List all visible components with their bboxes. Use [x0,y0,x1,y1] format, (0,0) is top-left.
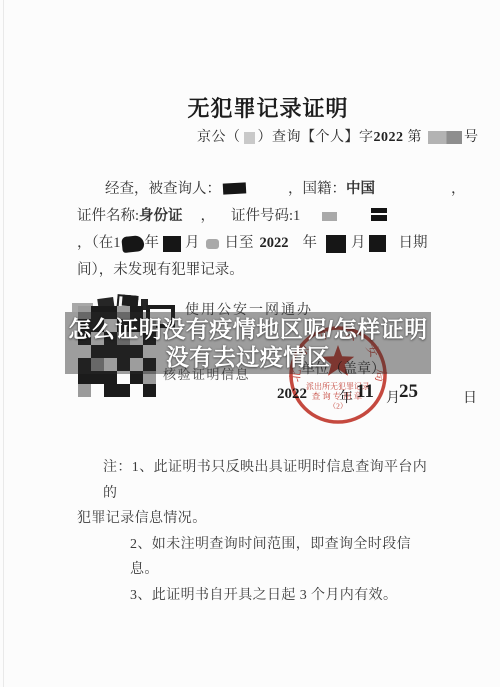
docno-part4: 号 [464,130,479,145]
id-number-label: 证件号码:1 [231,208,300,224]
redaction-mark-id [371,208,387,221]
document-number-line: 京公（）查询【个人】字2022 第号 [197,126,479,146]
body-line-1: 经查，被查询人：，国籍：中国， [77,176,449,203]
redaction-box-month2 [326,235,346,253]
body-line-4: 间），未发现有犯罪记录。 [77,257,449,284]
docno-part1: 京公（ [197,130,241,145]
year-char-1: 年 [145,235,160,251]
notes-section: 注：1、此证明书只反映出具证明时信息查询平台内的 犯罪记录信息情况。 2、如未注… [77,455,437,608]
docno-year: 2022 [374,130,404,145]
certificate-title: 无犯罪记录证明 [36,92,500,123]
note-line-3: 2、如未注明查询时间范围，即查询全时段信息。 [77,532,437,583]
seal-inner-line2: 查询专用章 [312,391,365,401]
period-open: ，（在1 [77,235,121,251]
redaction-box [428,131,462,144]
period-label: 日期 [399,235,428,251]
to-label: 日至 [225,235,254,251]
docno-part2: ）查询【个人】字 [258,130,374,145]
date-day-unit: 日 [463,387,477,407]
date-day: 25 [399,381,418,403]
body-line-3: ，（在1年月日至2022年月日期 [77,230,449,257]
seal-inner-line1: 派出所无犯罪记录 [306,381,370,391]
certificate-body: 经查，被查询人：，国籍：中国， 证件名称:身份证，证件号码:1 ，（在1年月日至… [77,176,449,284]
note-line-2: 犯罪记录信息情况。 [77,506,437,532]
id-type-value: 身份证 [139,208,183,224]
certificate-document-page: 无犯罪记录证明 京公（）查询【个人】字2022 第号 经查，被查询人：，国籍：中… [0,0,500,687]
nationality-value: 中国 [346,181,375,197]
note-line-4: 3、此证明书自开具之日起 3 个月内有效。 [77,583,437,609]
docno-part3: 第 [404,130,423,145]
queried-person-label: 经查，被查询人： [105,181,221,197]
note-line-1: 注：1、此证明书只反映出具证明时信息查询平台内的 [77,455,437,506]
month-char-1: 月 [185,235,200,251]
redaction-box-name [223,183,247,195]
body-line-2: 证件名称:身份证，证件号码:1 [77,203,449,230]
redaction-blob-year [121,235,145,253]
month-char-2: 月 [351,235,366,251]
headline-overlay-band: 怎么证明没有疫情地区呢/怎样证明 没有去过疫情区 [65,312,431,374]
headline-line2: 没有去过疫情区 [65,343,431,371]
year-char-2: 年 [303,235,318,251]
redaction-box-day [206,239,219,249]
redaction-box-month [163,236,181,252]
line2-comma: ， [201,208,216,224]
seal-inner-line3: （2） [329,402,348,411]
nationality-label: ，国籍： [288,181,346,197]
redaction-box-day2 [369,235,386,252]
redaction-box-id [322,212,337,221]
redaction-box [244,132,255,144]
id-type-label: 证件名称: [77,208,139,224]
headline-line1: 怎么证明没有疫情地区呢/怎样证明 [65,315,431,343]
end-year-num: 2022 [260,235,289,251]
line1-comma: ， [451,181,466,197]
